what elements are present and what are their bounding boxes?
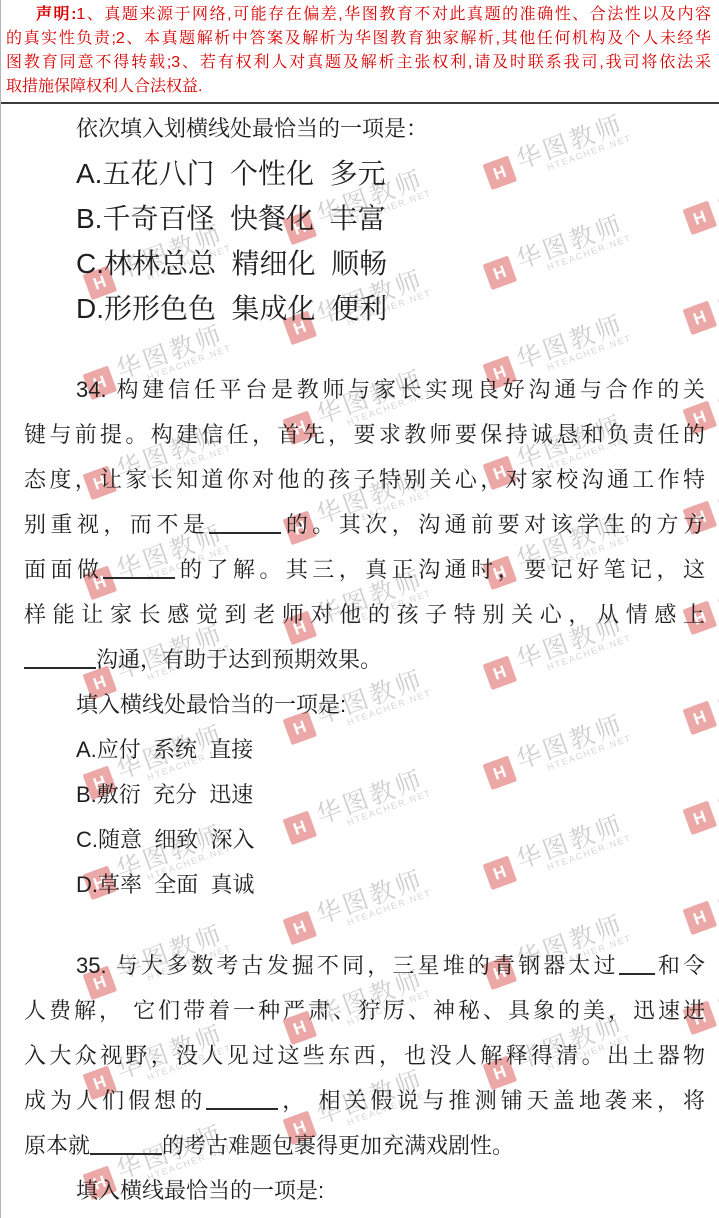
q34-line-2: 键与前提。构建信任，首先，要求教师要保持诚恳和负责任的 [24, 412, 705, 457]
q34-line-3: 态度，让家长知道你对他的孩子特别关心，对家校沟通工作特 [24, 457, 705, 502]
watermark-brand-text: 华图教师 [713, 355, 719, 419]
watermark-brand-text: 华图教师 [713, 555, 719, 619]
blank-underline [103, 563, 175, 579]
q34-option-b: B.敷衍 充分 迅速 [24, 772, 705, 817]
disclaimer-line-4: 取措施保障权利人合法权益. [6, 75, 711, 99]
watermark-brand-text: 华图教师 [713, 255, 719, 319]
blank-underline [209, 518, 281, 534]
blank-underline [206, 1094, 278, 1110]
q34-option-c: C.随意 细致 深入 [24, 817, 705, 862]
watermark-brand-text: 华图教师 [713, 955, 719, 1019]
section-spacer [24, 331, 705, 367]
q35-line-5: 原本就的考古难题包裹得更加充满戏剧性。 [24, 1123, 705, 1168]
q35-stem: 填入横线最恰当的一项是: [24, 1168, 705, 1213]
q33-stem: 依次填入划横线处最恰当的一项是： [24, 106, 705, 151]
q34-option-d: D.草率 全面 真诚 [24, 862, 705, 907]
q34-line-5: 面面做的了解。其三，真正沟通时，要记好笔记，这 [24, 547, 705, 592]
q35-line-1: 35. 与大多数考古发掘不同，三星堆的青钢器太过和令 [24, 943, 705, 988]
q34-option-a: A.应付 系统 直接 [24, 727, 705, 772]
q34-line-7: 沟通，有助于达到预期效果。 [24, 637, 705, 682]
watermark-brand-text: 华图教师 [713, 655, 719, 719]
q33-option-a: A.五花八门 个性化 多元 [24, 151, 705, 196]
q33-option-b: B.千奇百怪 快餐化 丰富 [24, 196, 705, 241]
exam-page: H 华图教师 HTEACHER.NET H 华图教师 HTEACHER.NET … [0, 0, 719, 1218]
question-content: 依次填入划横线处最恰当的一项是： A.五花八门 个性化 多元 B.千奇百怪 快餐… [24, 106, 705, 1213]
disclaimer-text: 1、真题来源于网络,可能存在偏差,华图教育不对此真题的准确性、合法性以及内容 [76, 6, 711, 23]
watermark-brand-text: 华图教师 [713, 155, 719, 219]
q35-line-4: 成为人们假想的， 相关假说与推测铺天盖地袭来，将 [24, 1078, 705, 1123]
blank-underline-short [619, 959, 655, 975]
section-spacer [24, 907, 705, 943]
q34-line-1: 34. 构建信任平台是教师与家长实现良好沟通与合作的关 [24, 367, 705, 412]
q34-stem: 填入横线处最恰当的一项是: [24, 682, 705, 727]
disclaimer-line-2: 的真实性负责;2、本真题解析中答案及解析为华图教育独家解析,其他任何机构及个人未… [6, 27, 711, 51]
disclaimer-line-1: 声明:1、真题来源于网络,可能存在偏差,华图教育不对此真题的准确性、合法性以及内… [6, 3, 711, 27]
q33-option-d: D.形形色色 集成化 便利 [24, 286, 705, 331]
q34-line-6: 样能让家长感觉到老师对他的孩子特别关心，从情感上 [24, 592, 705, 637]
divider-line [1, 102, 719, 104]
q33-option-c: C.林林总总 精细化 顺畅 [24, 241, 705, 286]
watermark-brand-text: 华图教师 [713, 855, 719, 919]
q35-line-2: 人费解， 它们带着一种严肃、狞厉、神秘、具象的美，迅速进 [24, 988, 705, 1033]
q34-line-4: 别重视，而不是的。其次，沟通前要对该学生的方方 [24, 502, 705, 547]
disclaimer-line-3: 图教育同意不得转载;3、若有权利人对真题及解析主张权利,请及时联系我司,我司将依… [6, 51, 711, 75]
q35-line-3: 入大众视野，没人见过这些东西，也没人解释得清。出土器物 [24, 1033, 705, 1078]
blank-underline [24, 653, 96, 669]
blank-underline [90, 1139, 162, 1155]
watermark-brand-text: 华图教师 [713, 755, 719, 819]
watermark-brand-text: 华图教师 [713, 455, 719, 519]
disclaimer-label: 声明: [36, 6, 76, 23]
disclaimer: 声明:1、真题来源于网络,可能存在偏差,华图教育不对此真题的准确性、合法性以及内… [6, 3, 711, 99]
